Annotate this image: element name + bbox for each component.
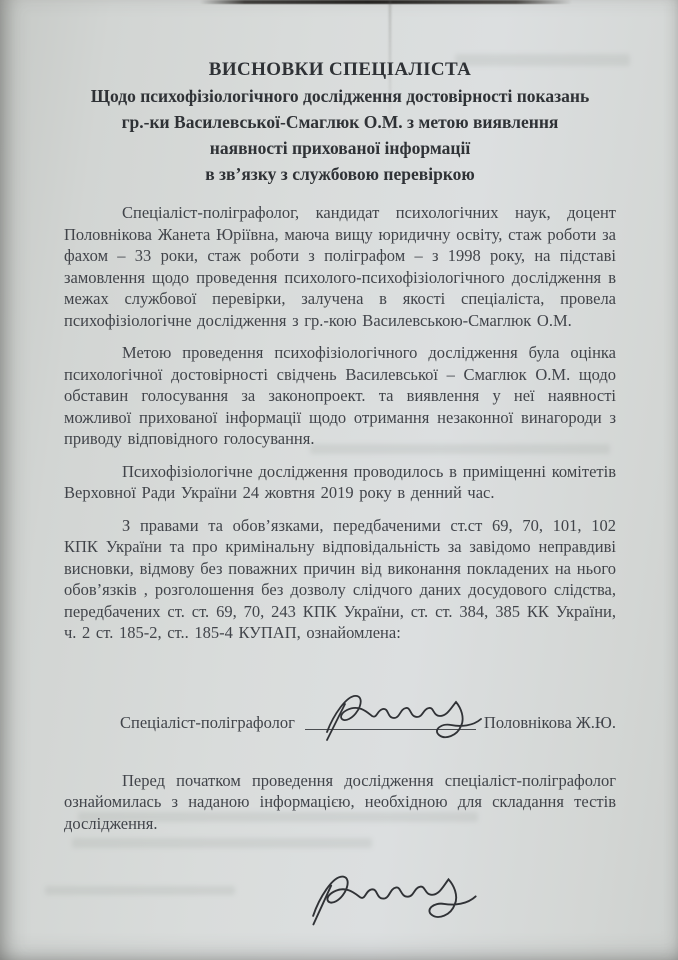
paragraph-closing: Перед початком проведення дослідження сп… xyxy=(64,770,616,835)
photo-background-edge xyxy=(200,0,572,4)
title-line-5: в зв’язку з службовою перевіркою xyxy=(64,161,616,187)
paragraph-location: Психофізіологічне дослідження проводилос… xyxy=(64,461,616,504)
document-title: ВИСНОВКИ СПЕЦІАЛІСТА Щодо психофізіологі… xyxy=(64,56,616,187)
title-line-4: наявності прихованої інформації xyxy=(64,135,616,161)
title-line-2: Щодо психофізіологічного дослідження дос… xyxy=(64,83,616,109)
handwritten-signature-bottom xyxy=(301,857,484,941)
signature-line xyxy=(305,729,476,730)
paragraph-purpose: Метою проведення психофізіологічного дос… xyxy=(64,342,616,450)
title-line-1: ВИСНОВКИ СПЕЦІАЛІСТА xyxy=(64,56,616,83)
title-line-3: гр.-ки Василевської-Смаглюк О.М. з метою… xyxy=(64,109,616,135)
signature-label: Спеціаліст-поліграфолог xyxy=(120,712,295,734)
document-photo: ВИСНОВКИ СПЕЦІАЛІСТА Щодо психофізіологі… xyxy=(0,0,678,960)
signature-glyph xyxy=(301,857,483,929)
handwritten-signature xyxy=(317,682,487,744)
paragraph-intro: Спеціаліст-поліграфолог, кандидат психол… xyxy=(64,202,616,331)
paragraph-rights: З правами та обов’язками, передбаченими … xyxy=(64,515,616,644)
document-page: ВИСНОВКИ СПЕЦІАЛІСТА Щодо психофізіологі… xyxy=(64,56,616,938)
signer-name: Половнікова Ж.Ю. xyxy=(484,712,616,734)
signature-row: Спеціаліст-поліграфолог Половнікова Ж.Ю. xyxy=(120,688,616,734)
